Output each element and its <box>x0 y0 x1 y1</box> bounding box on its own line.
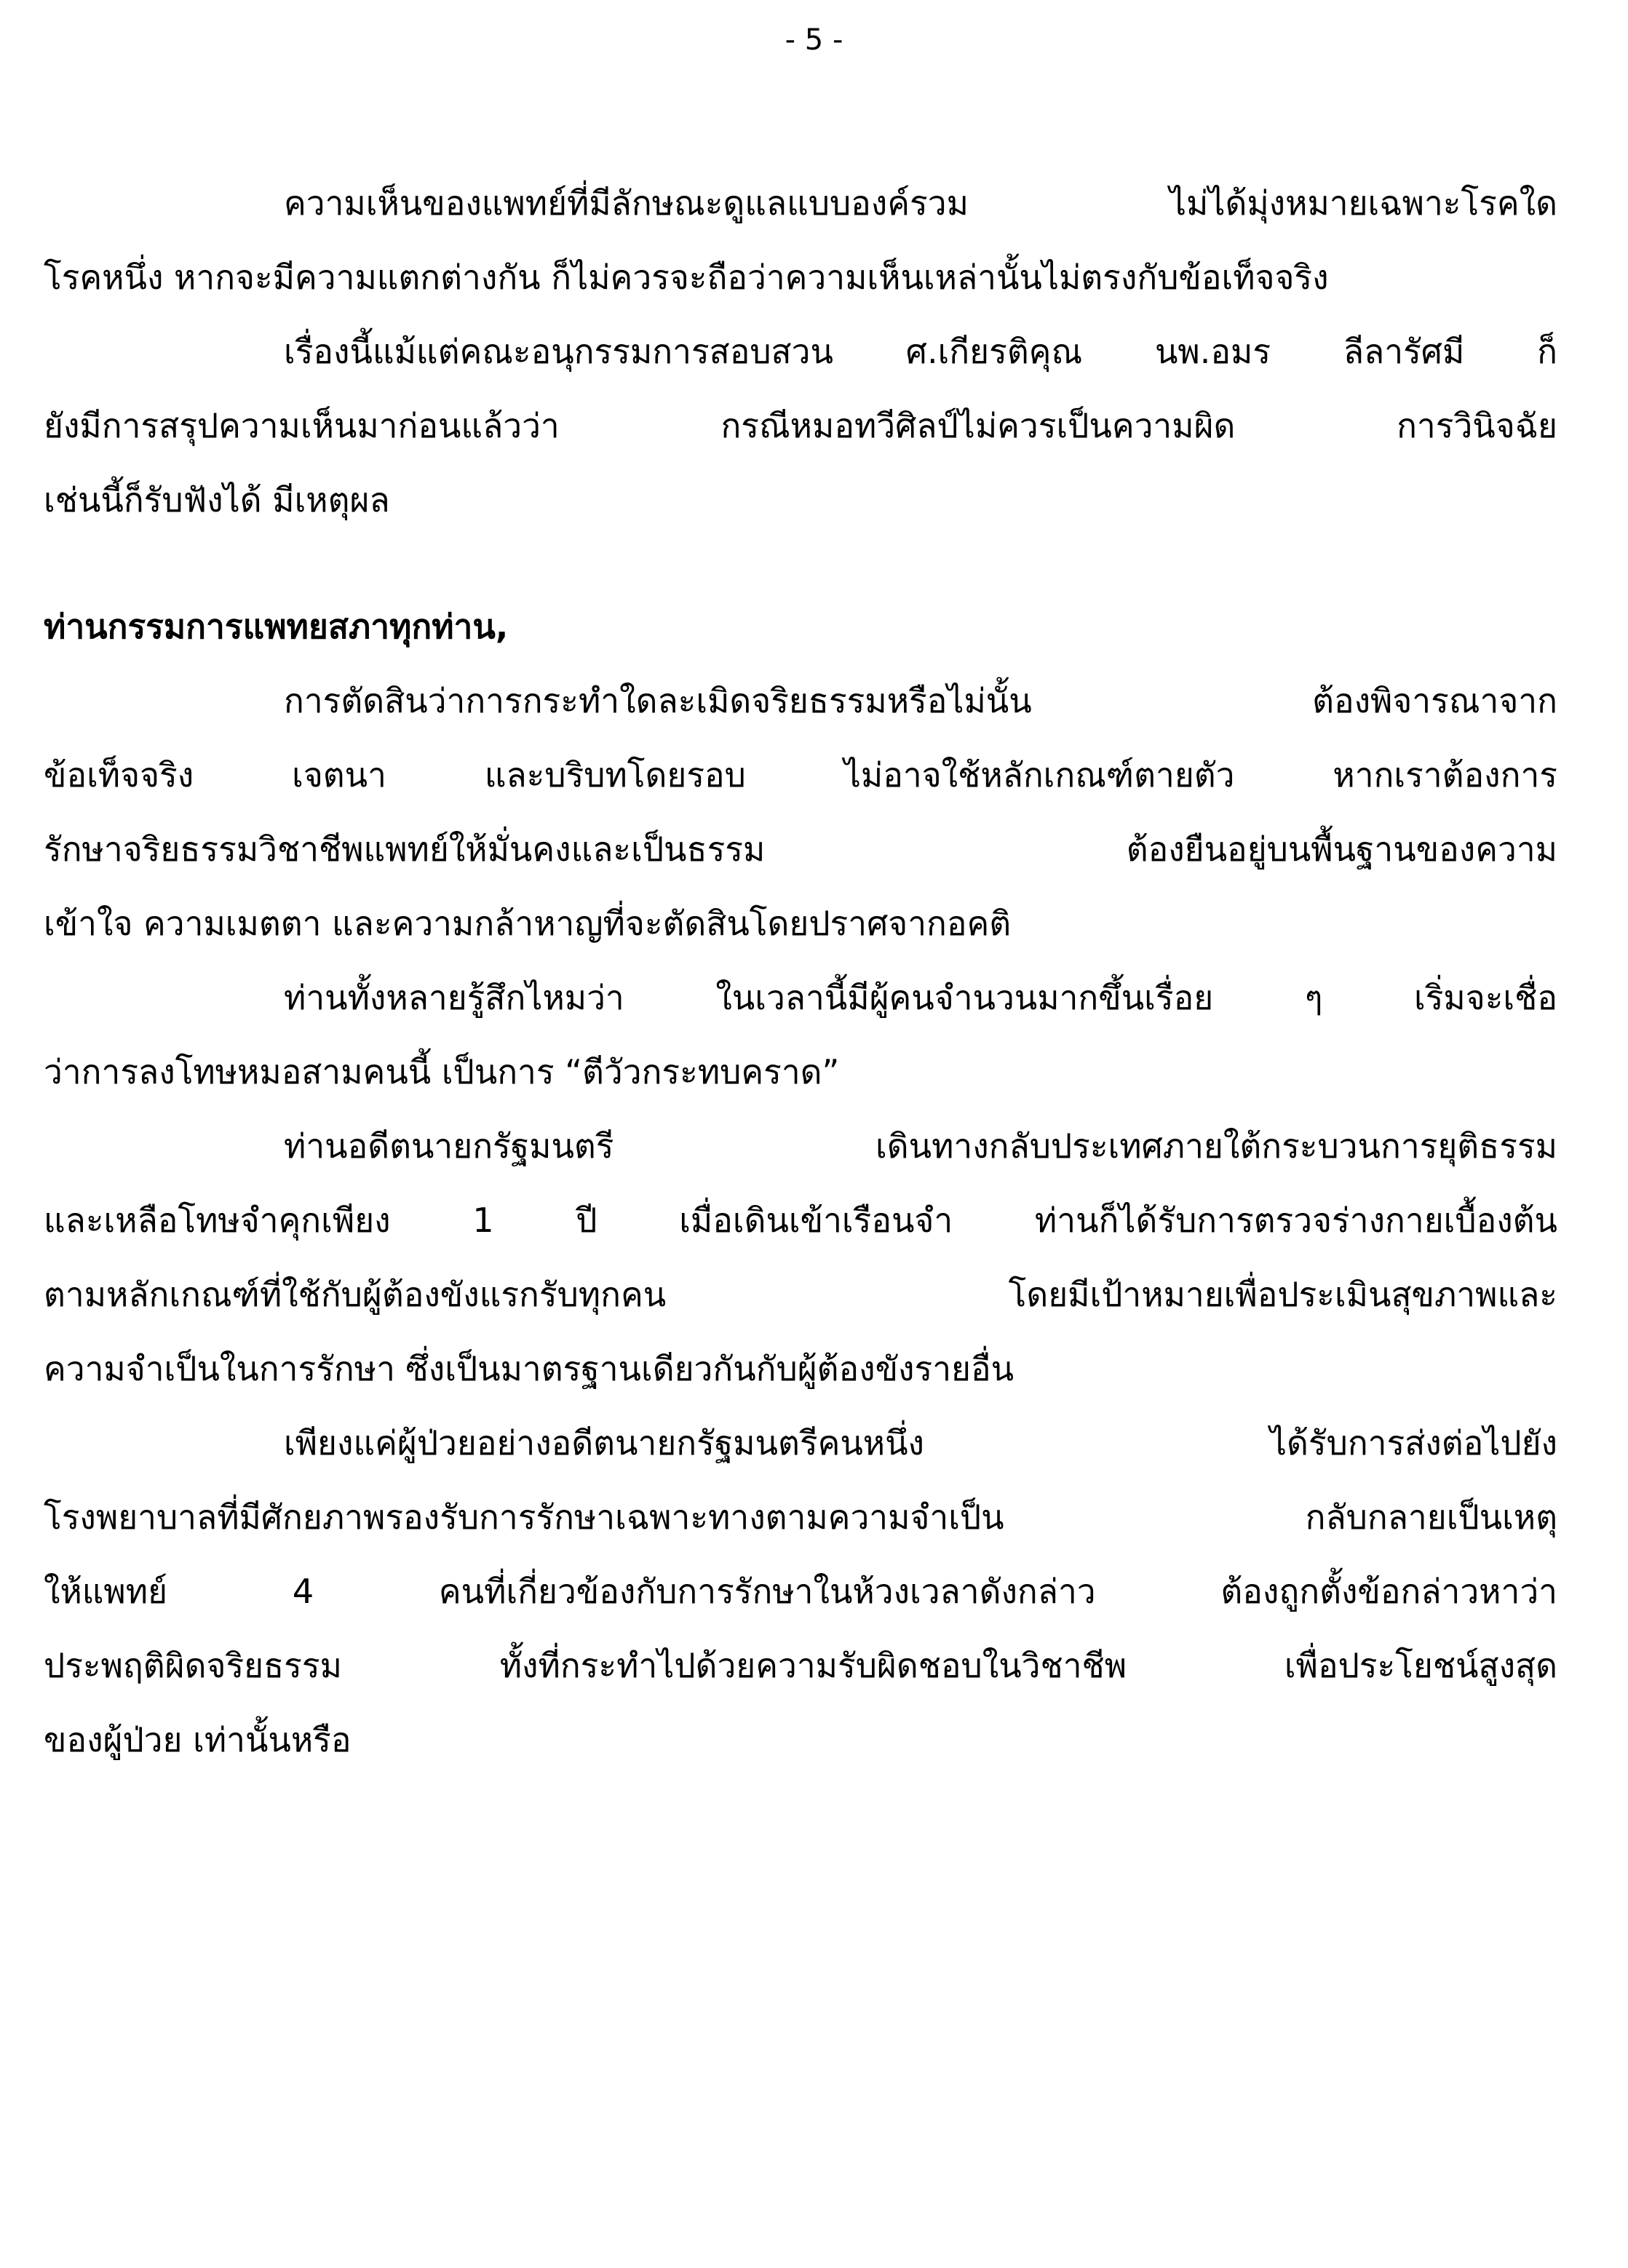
paragraph-line: เรื่องนี้แม้แต่คณะอนุกรรมการสอบสวน ศ.เกี… <box>44 314 1557 389</box>
paragraph-former-pm-return: ท่านอดีตนายกรัฐมนตรี เดินทางกลับประเทศภา… <box>44 1109 1557 1406</box>
paragraph-line: โรงพยาบาลที่มีศักยภาพรองรับการรักษาเฉพาะ… <box>44 1480 1557 1554</box>
paragraph-doctors-accused: เพียงแค่ผู้ป่วยอย่างอดีตนายกรัฐมนตรีคนหน… <box>44 1406 1557 1777</box>
paragraph-line: เพียงแค่ผู้ป่วยอย่างอดีตนายกรัฐมนตรีคนหน… <box>44 1406 1557 1480</box>
page-number: - 5 - <box>0 22 1628 58</box>
paragraph-line: ท่านอดีตนายกรัฐมนตรี เดินทางกลับประเทศภา… <box>44 1109 1557 1183</box>
paragraph-line: ท่านทั้งหลายรู้สึกไหมว่า ในเวลานี้มีผู้ค… <box>44 960 1557 1035</box>
paragraph-line: ยังมีการสรุปความเห็นมาก่อนแล้วว่า กรณีหม… <box>44 389 1557 463</box>
paragraph-line: ประพฤติผิดจริยธรรม ทั้งที่กระทำไปด้วยควา… <box>44 1628 1557 1703</box>
paragraph-line: การตัดสินว่าการกระทำใดละเมิดจริยธรรมหรือ… <box>44 664 1557 738</box>
document-body: ความเห็นของแพทย์ที่มีลักษณะดูแลแบบองค์รว… <box>44 166 1557 1777</box>
paragraph-line: รักษาจริยธรรมวิชาชีพแพทย์ให้มั่นคงและเป็… <box>44 812 1557 886</box>
paragraph-line: ความเห็นของแพทย์ที่มีลักษณะดูแลแบบองค์รว… <box>44 166 1557 240</box>
paragraph-public-perception: ท่านทั้งหลายรู้สึกไหมว่า ในเวลานี้มีผู้ค… <box>44 960 1557 1109</box>
salutation-heading: ท่านกรรมการแพทยสภาทุกท่าน, <box>44 589 1557 664</box>
paragraph-line: โรคหนึ่ง หากจะมีความแตกต่างกัน ก็ไม่ควรจ… <box>44 240 1557 314</box>
paragraph-subcommittee-conclusion: เรื่องนี้แม้แต่คณะอนุกรรมการสอบสวน ศ.เกี… <box>44 314 1557 537</box>
paragraph-line: ตามหลักเกณฑ์ที่ใช้กับผู้ต้องขังแรกรับทุก… <box>44 1257 1557 1332</box>
paragraph-holistic-care-opinion: ความเห็นของแพทย์ที่มีลักษณะดูแลแบบองค์รว… <box>44 166 1557 314</box>
section-spacer <box>44 537 1557 589</box>
paragraph-line: เข้าใจ ความเมตตา และความกล้าหาญที่จะตัดส… <box>44 886 1557 960</box>
paragraph-line: ของผู้ป่วย เท่านั้นหรือ <box>44 1703 1557 1777</box>
paragraph-line: ข้อเท็จจริง เจตนา และบริบทโดยรอบ ไม่อาจใ… <box>44 738 1557 812</box>
paragraph-line: และเหลือโทษจำคุกเพียง 1 ปี เมื่อเดินเข้า… <box>44 1183 1557 1257</box>
paragraph-ethics-judgment: การตัดสินว่าการกระทำใดละเมิดจริยธรรมหรือ… <box>44 664 1557 960</box>
paragraph-line: ให้แพทย์ 4 คนที่เกี่ยวข้องกับการรักษาในห… <box>44 1554 1557 1628</box>
paragraph-line: ว่าการลงโทษหมอสามคนนี้ เป็นการ “ตีวัวกระ… <box>44 1035 1557 1109</box>
paragraph-line: เช่นนี้ก็รับฟังได้ มีเหตุผล <box>44 463 1557 537</box>
paragraph-line: ความจำเป็นในการรักษา ซึ่งเป็นมาตรฐานเดีย… <box>44 1332 1557 1406</box>
